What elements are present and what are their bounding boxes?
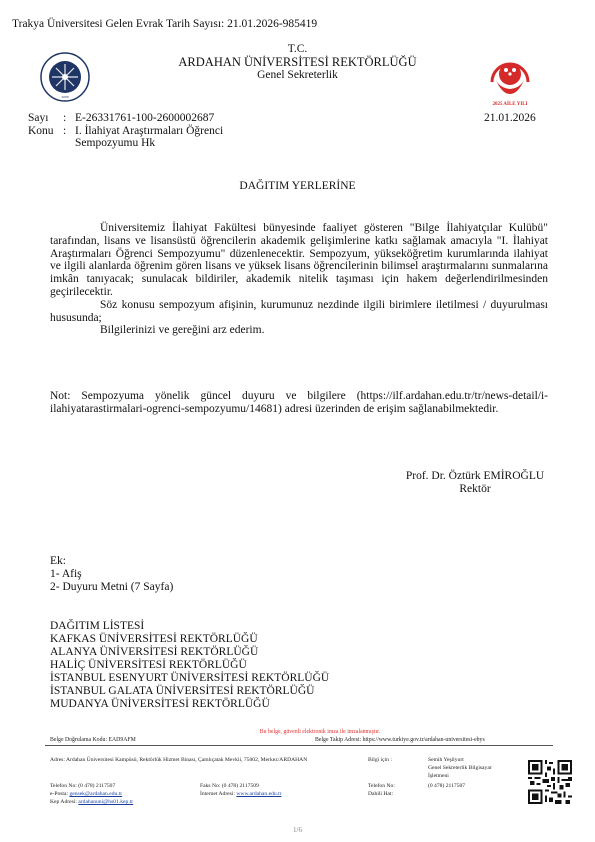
info-role: Genel Sekreterlik Bilgisayar İşletmeni <box>428 764 508 780</box>
recipient-heading: DAĞITIM YERLERİNE <box>0 180 595 192</box>
document-date: 21.01.2026 <box>484 112 536 124</box>
svg-text:2025 AİLE YILI: 2025 AİLE YILI <box>492 101 527 107</box>
email-label: e-Posta: <box>50 791 68 797</box>
incoming-document-stamp: Trakya Üniversitesi Gelen Evrak Tarih Sa… <box>12 18 317 30</box>
info-phone-label: Telefon No: <box>368 782 395 790</box>
distribution-list: DAĞITIM LİSTESİ KAFKAS ÜNİVERSİTESİ REKT… <box>50 620 329 711</box>
verification-code: Belge Doğrulama Kodu: EAD9AFM <box>50 737 136 743</box>
info-phone-value: (0 478) 2117507 <box>428 782 465 790</box>
body-paragraph: Söz konusu sempozyum afişinin, kurumunuz… <box>50 299 548 325</box>
sayi-label: Sayı <box>28 112 63 125</box>
sayi-value: E-26331761-100-2600002687 <box>75 112 223 125</box>
distribution-item: KAFKAS ÜNİVERSİTESİ REKTÖRLÜĞÜ <box>50 633 329 646</box>
footer-web: İnternet Adresi: www.ardahan.edu.tr <box>200 790 282 798</box>
tracking-address: Belge Takip Adresi: https://www.turkiye.… <box>315 737 485 743</box>
kep-label: Kep Adresi: <box>50 799 77 805</box>
attachments: Ek: 1- Afiş 2- Duyuru Metni (7 Sayfa) <box>50 555 173 593</box>
separator: : <box>63 125 75 138</box>
web-link[interactable]: www.ardahan.edu.tr <box>236 791 281 797</box>
separator: : <box>63 112 75 125</box>
page-number: 1/6 <box>0 826 595 834</box>
konu-value-line2: Sempozyumu Hk <box>75 137 223 150</box>
letter-body: Üniversitemiz İlahiyat Fakültesi bünyesi… <box>50 222 548 337</box>
note-paragraph: Not: Sempozyuma yönelik güncel duyuru ve… <box>50 390 548 416</box>
distribution-item: MUDANYA ÜNİVERSİTESİ REKTÖRLÜĞÜ <box>50 698 329 711</box>
svg-text:2008: 2008 <box>62 95 69 99</box>
direct-line-label: Dahili Hat: <box>368 790 393 798</box>
qr-code-icon <box>528 760 572 804</box>
attachments-label: Ek: <box>50 555 173 568</box>
kep-link[interactable]: ardahanuni@hs01.kep.tr <box>78 799 133 805</box>
konu-value-line1: I. İlahiyat Araştırmaları Öğrenci <box>75 125 223 138</box>
footer-fax: Faks No: (0 478) 2117509 <box>200 782 259 790</box>
konu-label: Konu <box>28 125 63 138</box>
esign-notice: Bu belge, güvenli elektronik imza ile im… <box>120 729 520 735</box>
footer-phone: Telefon No: (0 478) 2117507 <box>50 782 115 790</box>
distribution-item: ALANYA ÜNİVERSİTESİ REKTÖRLÜĞÜ <box>50 646 329 659</box>
distribution-item: HALİÇ ÜNİVERSİTESİ REKTÖRLÜĞÜ <box>50 659 329 672</box>
email-link[interactable]: gensek@ardahan.edu.tr <box>69 791 122 797</box>
signatory-title: Rektör <box>380 483 570 496</box>
info-label: Bilgi için : <box>368 756 392 764</box>
footer-divider <box>45 745 553 746</box>
signatory-name: Prof. Dr. Öztürk EMİROĞLU <box>380 470 570 483</box>
attachment-item: 2- Duyuru Metni (7 Sayfa) <box>50 581 173 594</box>
distribution-label: DAĞITIM LİSTESİ <box>50 620 329 633</box>
info-contact: Semih Yeşilyurt Genel Sekreterlik Bilgis… <box>428 756 508 780</box>
signature-block: Prof. Dr. Öztürk EMİROĞLU Rektör <box>380 470 570 496</box>
footer-address: Adres: Ardahan Üniversitesi Kampüsü, Rek… <box>50 756 315 764</box>
distribution-item: İSTANBUL ESENYURT ÜNİVERSİTESİ REKTÖRLÜĞ… <box>50 672 329 685</box>
attachment-item: 1- Afiş <box>50 568 173 581</box>
body-paragraph: Bilgilerinizi ve gereğini arz ederim. <box>50 324 548 337</box>
info-name: Semih Yeşilyurt <box>428 756 508 764</box>
ardahan-university-seal-icon: 2008 <box>40 52 90 102</box>
aile-yili-logo-icon: 2025 AİLE YILI <box>480 52 540 108</box>
footer-kep: Kep Adresi: ardahanuni@hs01.kep.tr <box>50 798 133 806</box>
document-meta: Sayı : E-26331761-100-2600002687 Konu : … <box>28 112 223 150</box>
footer-email: e-Posta: gensek@ardahan.edu.tr <box>50 790 122 798</box>
body-paragraph: Üniversitemiz İlahiyat Fakültesi bünyesi… <box>50 222 548 299</box>
web-label: İnternet Adresi: <box>200 791 235 797</box>
distribution-item: İSTANBUL GALATA ÜNİVERSİTESİ REKTÖRLÜĞÜ <box>50 685 329 698</box>
